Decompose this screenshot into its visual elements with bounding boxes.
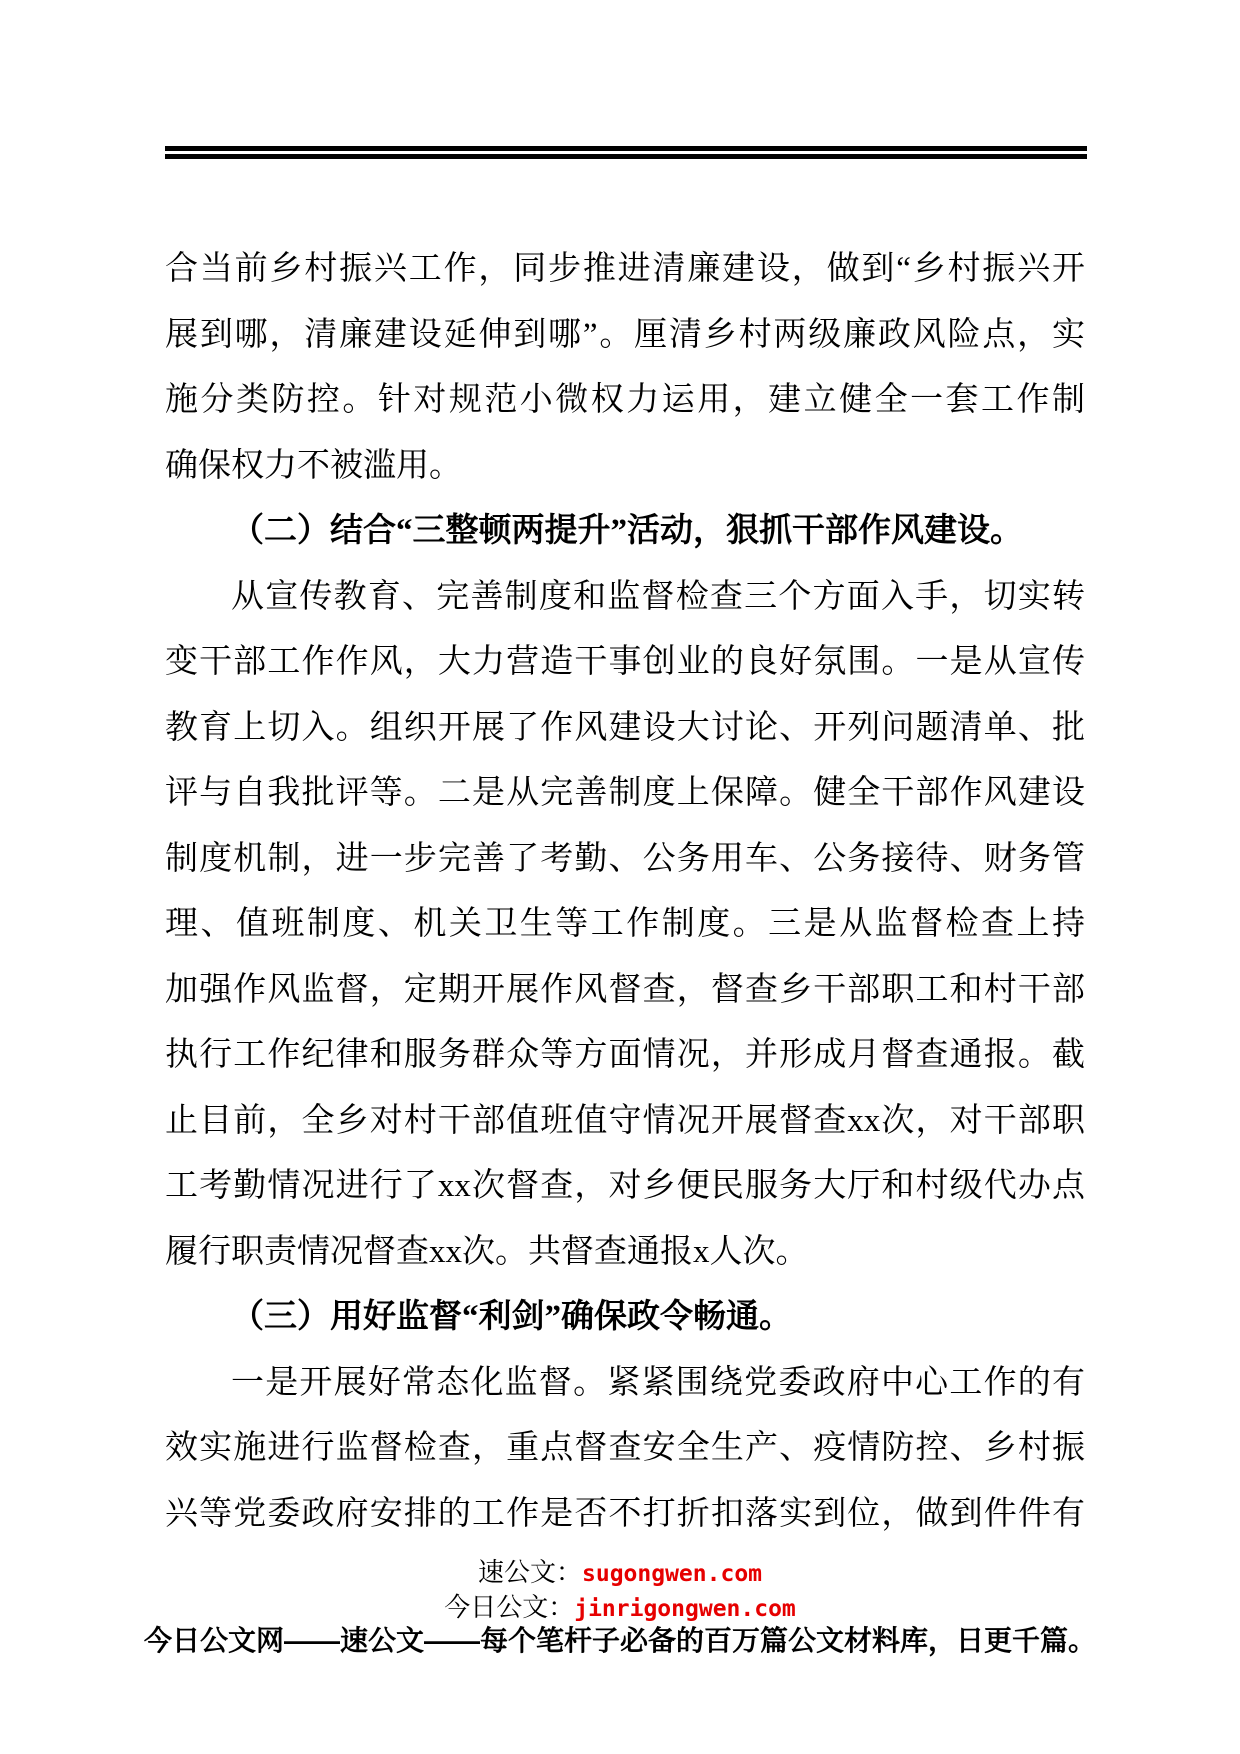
footer-site2: 今日公文：jinrigongwen.com [0, 1591, 1240, 1625]
footer-site1-label: 速公文： [478, 1557, 582, 1587]
body-line: 变干部工作作风，大力营造干事创业的良好氛围。一是从宣传 [165, 630, 1085, 696]
body-line: 执行工作纪律和服务群众等方面情况，并形成月督查通报。截 [165, 1023, 1085, 1089]
footer-site2-label: 今日公文： [444, 1592, 574, 1622]
header-double-rule [165, 146, 1087, 159]
body-line: 施分类防控。针对规范小微权力运用，建立健全一套工作制度， [165, 368, 1085, 434]
body-line: 兴等党委政府安排的工作是否不打折扣落实到位，做到件件有 [165, 1482, 1085, 1548]
footer-site1: 速公文：sugongwen.com [0, 1556, 1240, 1590]
body-line: 确保权力不被滥用。 [165, 434, 1085, 500]
section-heading: （三）用好监督“利剑”确保政令畅通。 [165, 1285, 1085, 1351]
body-line: 合当前乡村振兴工作，同步推进清廉建设，做到“乡村振兴开 [165, 237, 1085, 303]
footer-site2-url[interactable]: jinrigongwen.com [574, 1596, 796, 1622]
body-line: 工考勤情况进行了xx次督查，对乡便民服务大厅和村级代办点 [165, 1154, 1085, 1220]
body-line: 理、值班制度、机关卫生等工作制度。三是从监督检查上持续。 [165, 892, 1085, 958]
body-line: 履行职责情况督查xx次。共督查通报x人次。 [165, 1220, 1085, 1286]
body-line: 从宣传教育、完善制度和监督检查三个方面入手，切实转 [165, 565, 1085, 631]
footer-site1-url[interactable]: sugongwen.com [582, 1561, 762, 1587]
body-line: 制度机制，进一步完善了考勤、公务用车、公务接待、财务管 [165, 827, 1085, 893]
body-line: 评与自我批评等。二是从完善制度上保障。健全干部作风建设 [165, 761, 1085, 827]
body-line: 教育上切入。组织开展了作风建设大讨论、开列问题清单、批 [165, 696, 1085, 762]
document-body: 合当前乡村振兴工作，同步推进清廉建设，做到“乡村振兴开 展到哪，清廉建设延伸到哪… [165, 237, 1085, 1547]
body-line: 止目前，全乡对村干部值班值守情况开展督查xx次，对干部职 [165, 1089, 1085, 1155]
body-line: 效实施进行监督检查，重点督查安全生产、疫情防控、乡村振 [165, 1416, 1085, 1482]
document-page: 合当前乡村振兴工作，同步推进清廉建设，做到“乡村振兴开 展到哪，清廉建设延伸到哪… [0, 0, 1240, 1754]
section-heading: （二）结合“三整顿两提升”活动，狠抓干部作风建设。 [165, 499, 1085, 565]
body-line: 一是开展好常态化监督。紧紧围绕党委政府中心工作的有 [165, 1351, 1085, 1417]
footer-tagline: 今日公文网——速公文——每个笔杆子必备的百万篇公文材料库，日更千篇。 [0, 1624, 1240, 1658]
body-line: 展到哪，清廉建设延伸到哪”。厘清乡村两级廉政风险点，实 [165, 303, 1085, 369]
body-line: 加强作风监督，定期开展作风督查，督查乡干部职工和村干部 [165, 958, 1085, 1024]
